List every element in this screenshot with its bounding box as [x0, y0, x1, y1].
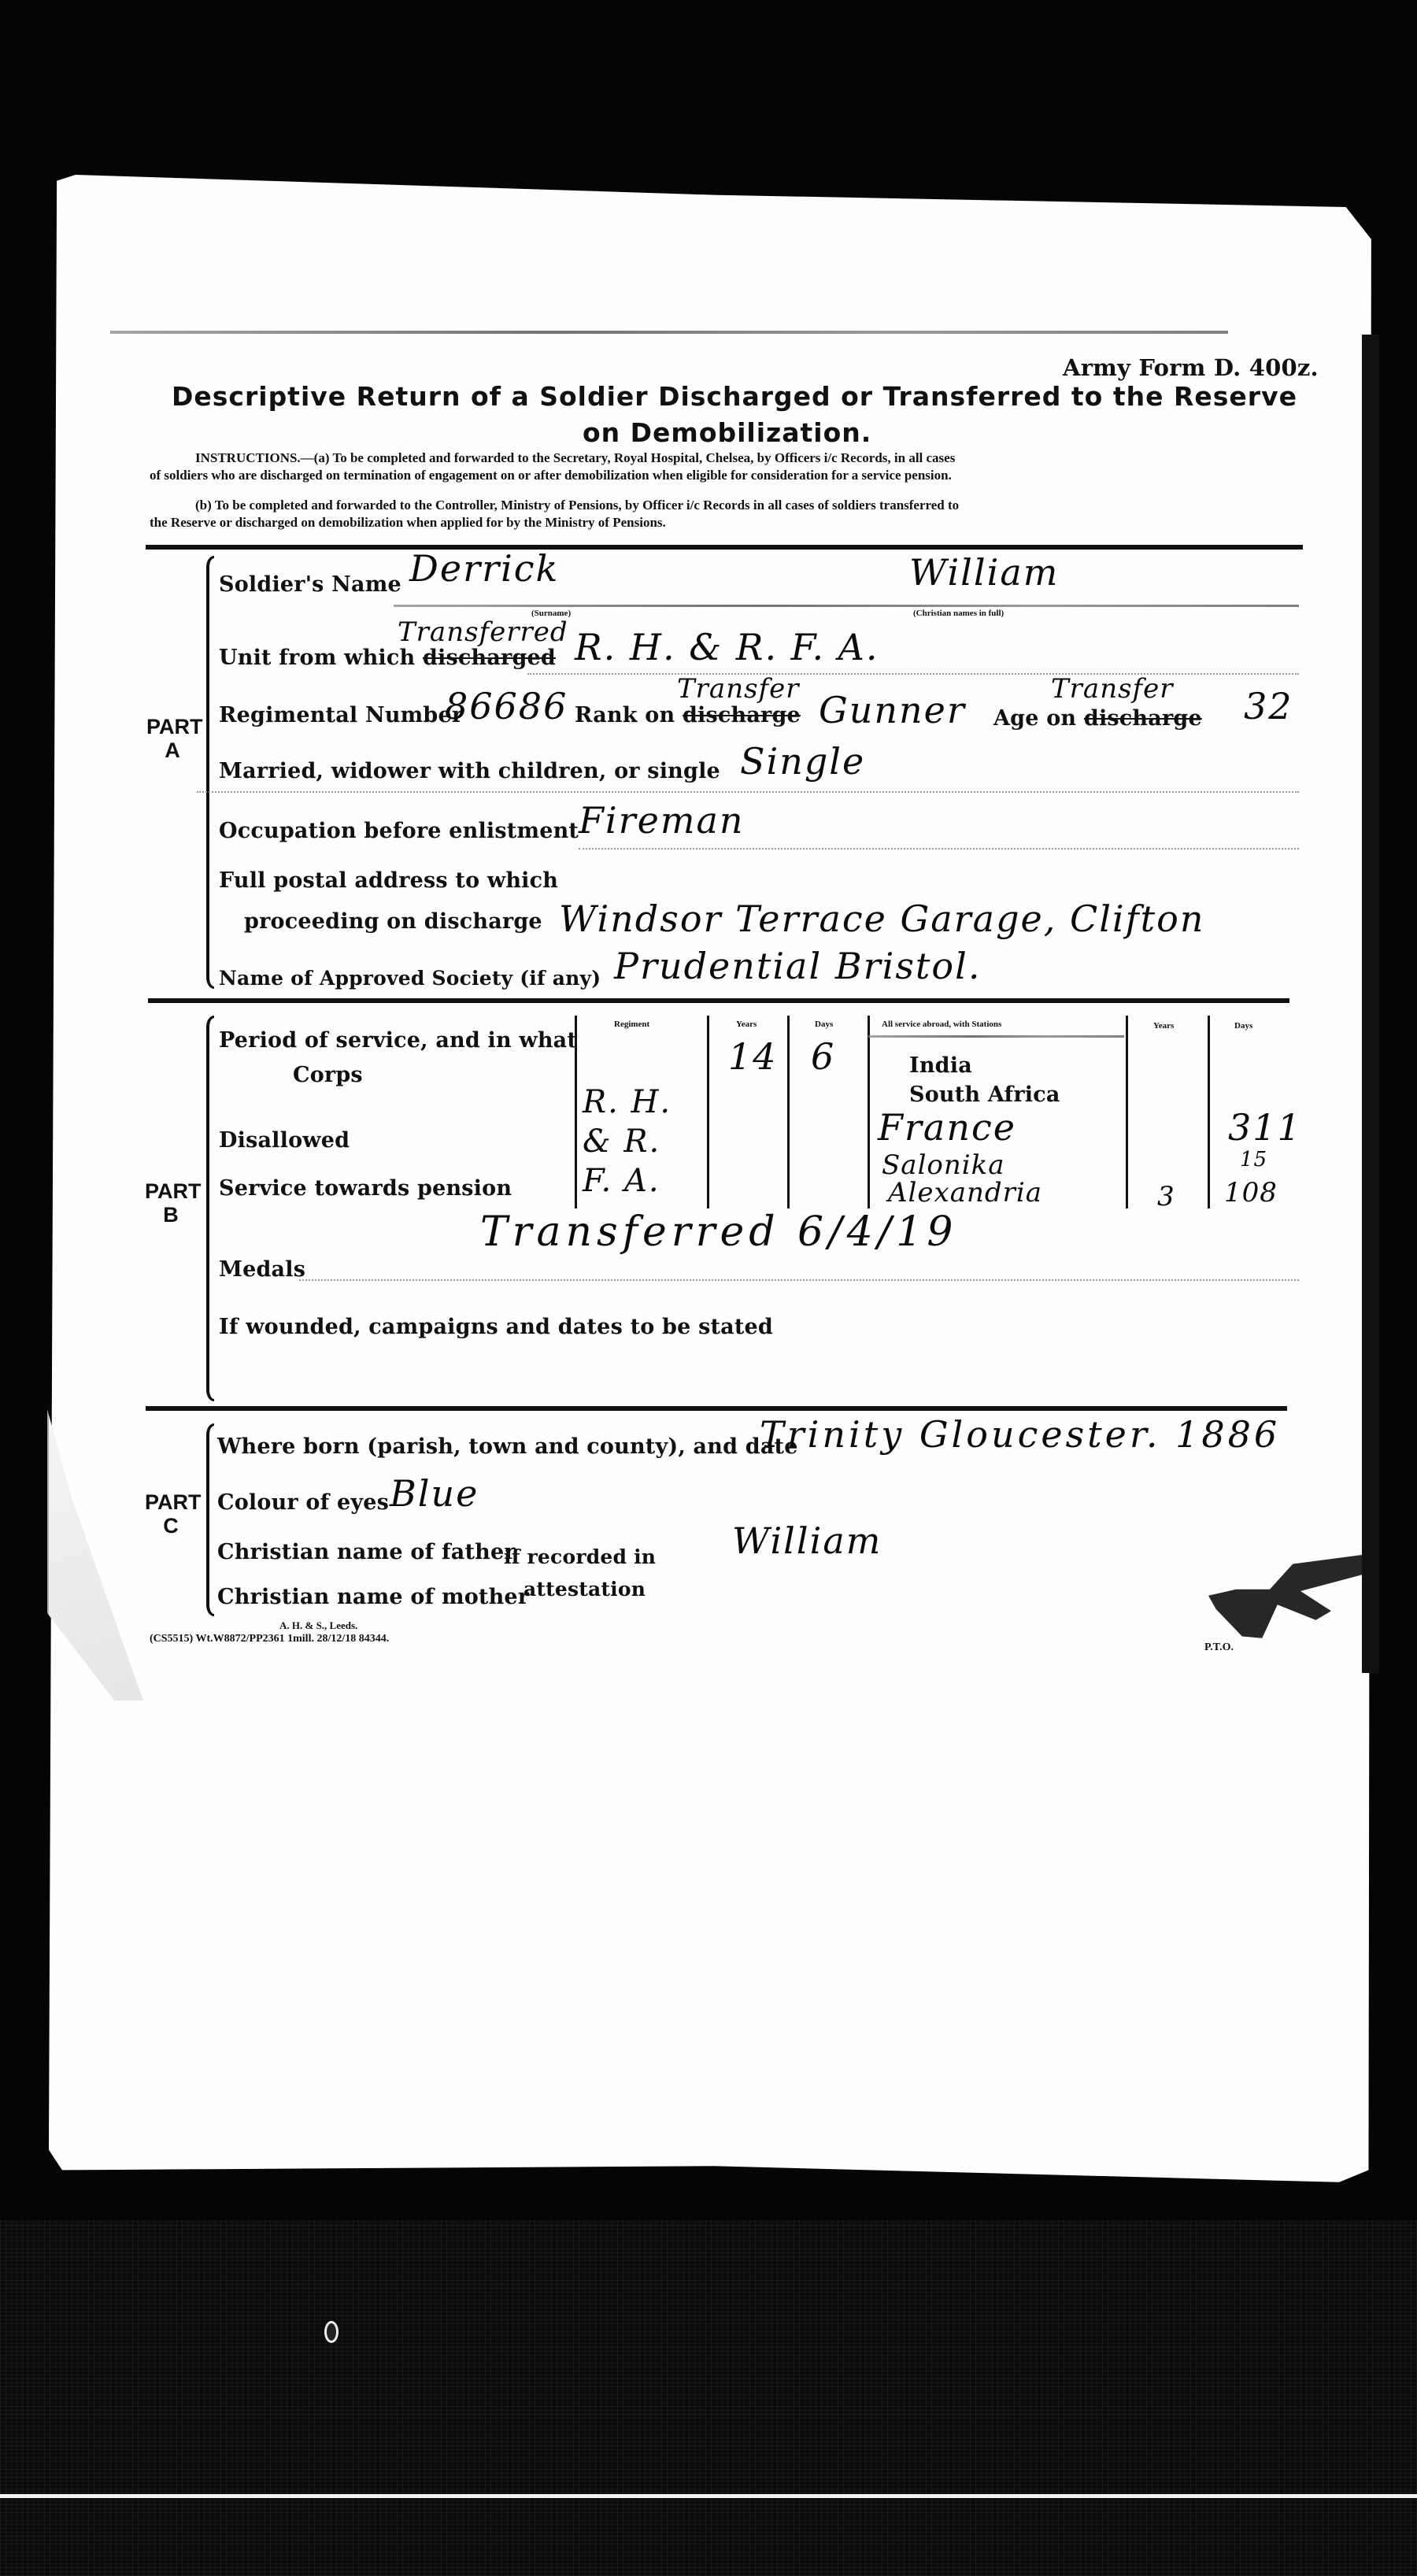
instructions-a-2: of soldiers who are discharged on termin…: [150, 468, 952, 483]
printer-imprint: A. H. & S., Leeds.: [279, 1619, 357, 1632]
instructions-a-1: INSTRUCTIONS.—(a) To be completed and fo…: [195, 450, 955, 466]
service-years-value: 14: [728, 1035, 778, 1078]
father-label: Christian name of father: [217, 1540, 516, 1564]
part-b-bracket: [206, 1016, 214, 1401]
col-header-abroad-years: Years: [1153, 1021, 1174, 1031]
col-line-days: [787, 1016, 790, 1208]
rank-correction: Transfer: [677, 673, 800, 705]
soldiers-name-label: Soldier's Name: [219, 572, 401, 597]
transferred-note: Transferred 6/4/19: [480, 1208, 957, 1256]
born-value: Trinity Gloucester. 1886: [760, 1413, 1280, 1456]
rank-label: Rank on discharge: [575, 703, 801, 727]
abroad-days-alexandria: 108: [1224, 1177, 1278, 1208]
marital-label: Married, widower with children, or singl…: [219, 759, 720, 783]
society-label: Name of Approved Society (if any): [219, 967, 601, 990]
abroad-days-salonika: 15: [1240, 1148, 1267, 1171]
col-header-days: Days: [815, 1020, 833, 1029]
occupation-underline: [579, 848, 1299, 849]
age-value: 32: [1244, 685, 1293, 727]
disallowed-label: Disallowed: [219, 1128, 350, 1153]
recorded-label-2: attestation: [524, 1578, 646, 1601]
unit-label: Unit from which discharged: [219, 646, 556, 670]
born-label: Where born (parish, town and county), an…: [217, 1434, 798, 1459]
rank-value: Gunner: [819, 689, 966, 731]
abroad-station-south-africa: South Africa: [909, 1083, 1060, 1107]
name-underline: [394, 605, 1299, 607]
pension-label: Service towards pension: [219, 1176, 512, 1201]
col-line-regiment: [575, 1016, 577, 1208]
eyes-value: Blue: [390, 1472, 479, 1515]
medals-label: Medals: [219, 1257, 305, 1282]
page-edge-shadow: [1362, 335, 1379, 1673]
col-line-abroad: [868, 1016, 870, 1208]
occupation-label: Occupation before enlistment: [219, 819, 579, 843]
dust-speck: [324, 2321, 339, 2343]
scan-background: [0, 2220, 1417, 2576]
reg-number-value: 86686: [445, 685, 568, 727]
unit-underline: [527, 673, 1299, 675]
recorded-label-1: if recorded in: [504, 1545, 656, 1568]
address-value: Windsor Terrace Garage, Clifton: [559, 898, 1204, 940]
address-label-1: Full postal address to which: [219, 868, 558, 893]
print-code: (CS5515) Wt.W8872/PP2361 1mill. 28/12/18…: [150, 1633, 389, 1645]
abroad-years-value: 3: [1157, 1181, 1175, 1212]
form-subtitle: on Demobilization.: [583, 417, 871, 448]
christian-caption: (Christian names in full): [913, 609, 1004, 618]
part-b-label: PART B: [145, 1179, 197, 1227]
col-header-abroad-days: Days: [1234, 1021, 1252, 1031]
part-a-bracket: [206, 556, 214, 989]
col-line-years: [707, 1016, 709, 1208]
top-rule: [110, 331, 1228, 334]
eyes-label: Colour of eyes: [217, 1490, 389, 1515]
service-days-value: 6: [811, 1035, 835, 1078]
wounded-label: If wounded, campaigns and dates to be st…: [219, 1315, 773, 1339]
part-c-bracket: [206, 1423, 214, 1616]
part-a-label: PART A: [146, 715, 198, 762]
form-title: Descriptive Return of a Soldier Discharg…: [172, 381, 1297, 412]
father-value: William: [732, 1519, 882, 1562]
part-c-label: PART C: [145, 1490, 197, 1538]
christian-name-value: William: [909, 551, 1059, 594]
surname-value: Derrick: [409, 547, 559, 590]
abroad-station-alexandria: Alexandria: [888, 1177, 1042, 1208]
reg-number-label: Regimental Number: [219, 703, 463, 727]
col-line-abroad-years: [1126, 1016, 1128, 1208]
abroad-station-salonika: Salonika: [882, 1149, 1005, 1181]
marital-value: Single: [740, 740, 865, 783]
part-b-top-rule: [148, 998, 1289, 1003]
age-label: Age on discharge: [993, 706, 1202, 731]
col-header-regiment: Regiment: [614, 1020, 649, 1029]
marital-underline: [197, 791, 1299, 793]
medals-underline: [299, 1279, 1299, 1281]
society-value: Prudential Bristol.: [614, 945, 981, 987]
address-label-2: proceeding on discharge: [244, 909, 542, 934]
abroad-days-france: 311: [1228, 1106, 1302, 1149]
scanner-line: [0, 2494, 1417, 2498]
unit-value: R. H. & R. F. A.: [575, 626, 879, 668]
age-correction: Transfer: [1051, 673, 1174, 705]
abroad-header-rule: [868, 1035, 1124, 1038]
period-label-2: Corps: [293, 1063, 363, 1087]
part-a-top-rule: [146, 545, 1303, 550]
period-label-1: Period of service, and in what: [219, 1028, 577, 1053]
abroad-station-france: France: [878, 1106, 1016, 1149]
regiment-value: R. H. & R. F. A.: [583, 1083, 701, 1201]
instructions-b-2: the Reserve or discharged on demobilizat…: [150, 515, 666, 531]
instructions-b-1: (b) To be completed and forwarded to the…: [195, 498, 959, 513]
occupation-value: Fireman: [579, 799, 745, 842]
col-line-abroad-days: [1208, 1016, 1210, 1208]
unit-correction: Transferred: [398, 616, 568, 648]
form-number: Army Form D. 400z.: [1063, 354, 1319, 381]
mother-label: Christian name of mother: [217, 1585, 529, 1609]
col-header-years: Years: [736, 1020, 757, 1029]
pto-note: P.T.O.: [1204, 1641, 1234, 1654]
abroad-station-india: India: [909, 1053, 972, 1078]
part-c-top-rule: [146, 1406, 1287, 1411]
col-header-abroad: All service abroad, with Stations: [882, 1020, 1001, 1029]
